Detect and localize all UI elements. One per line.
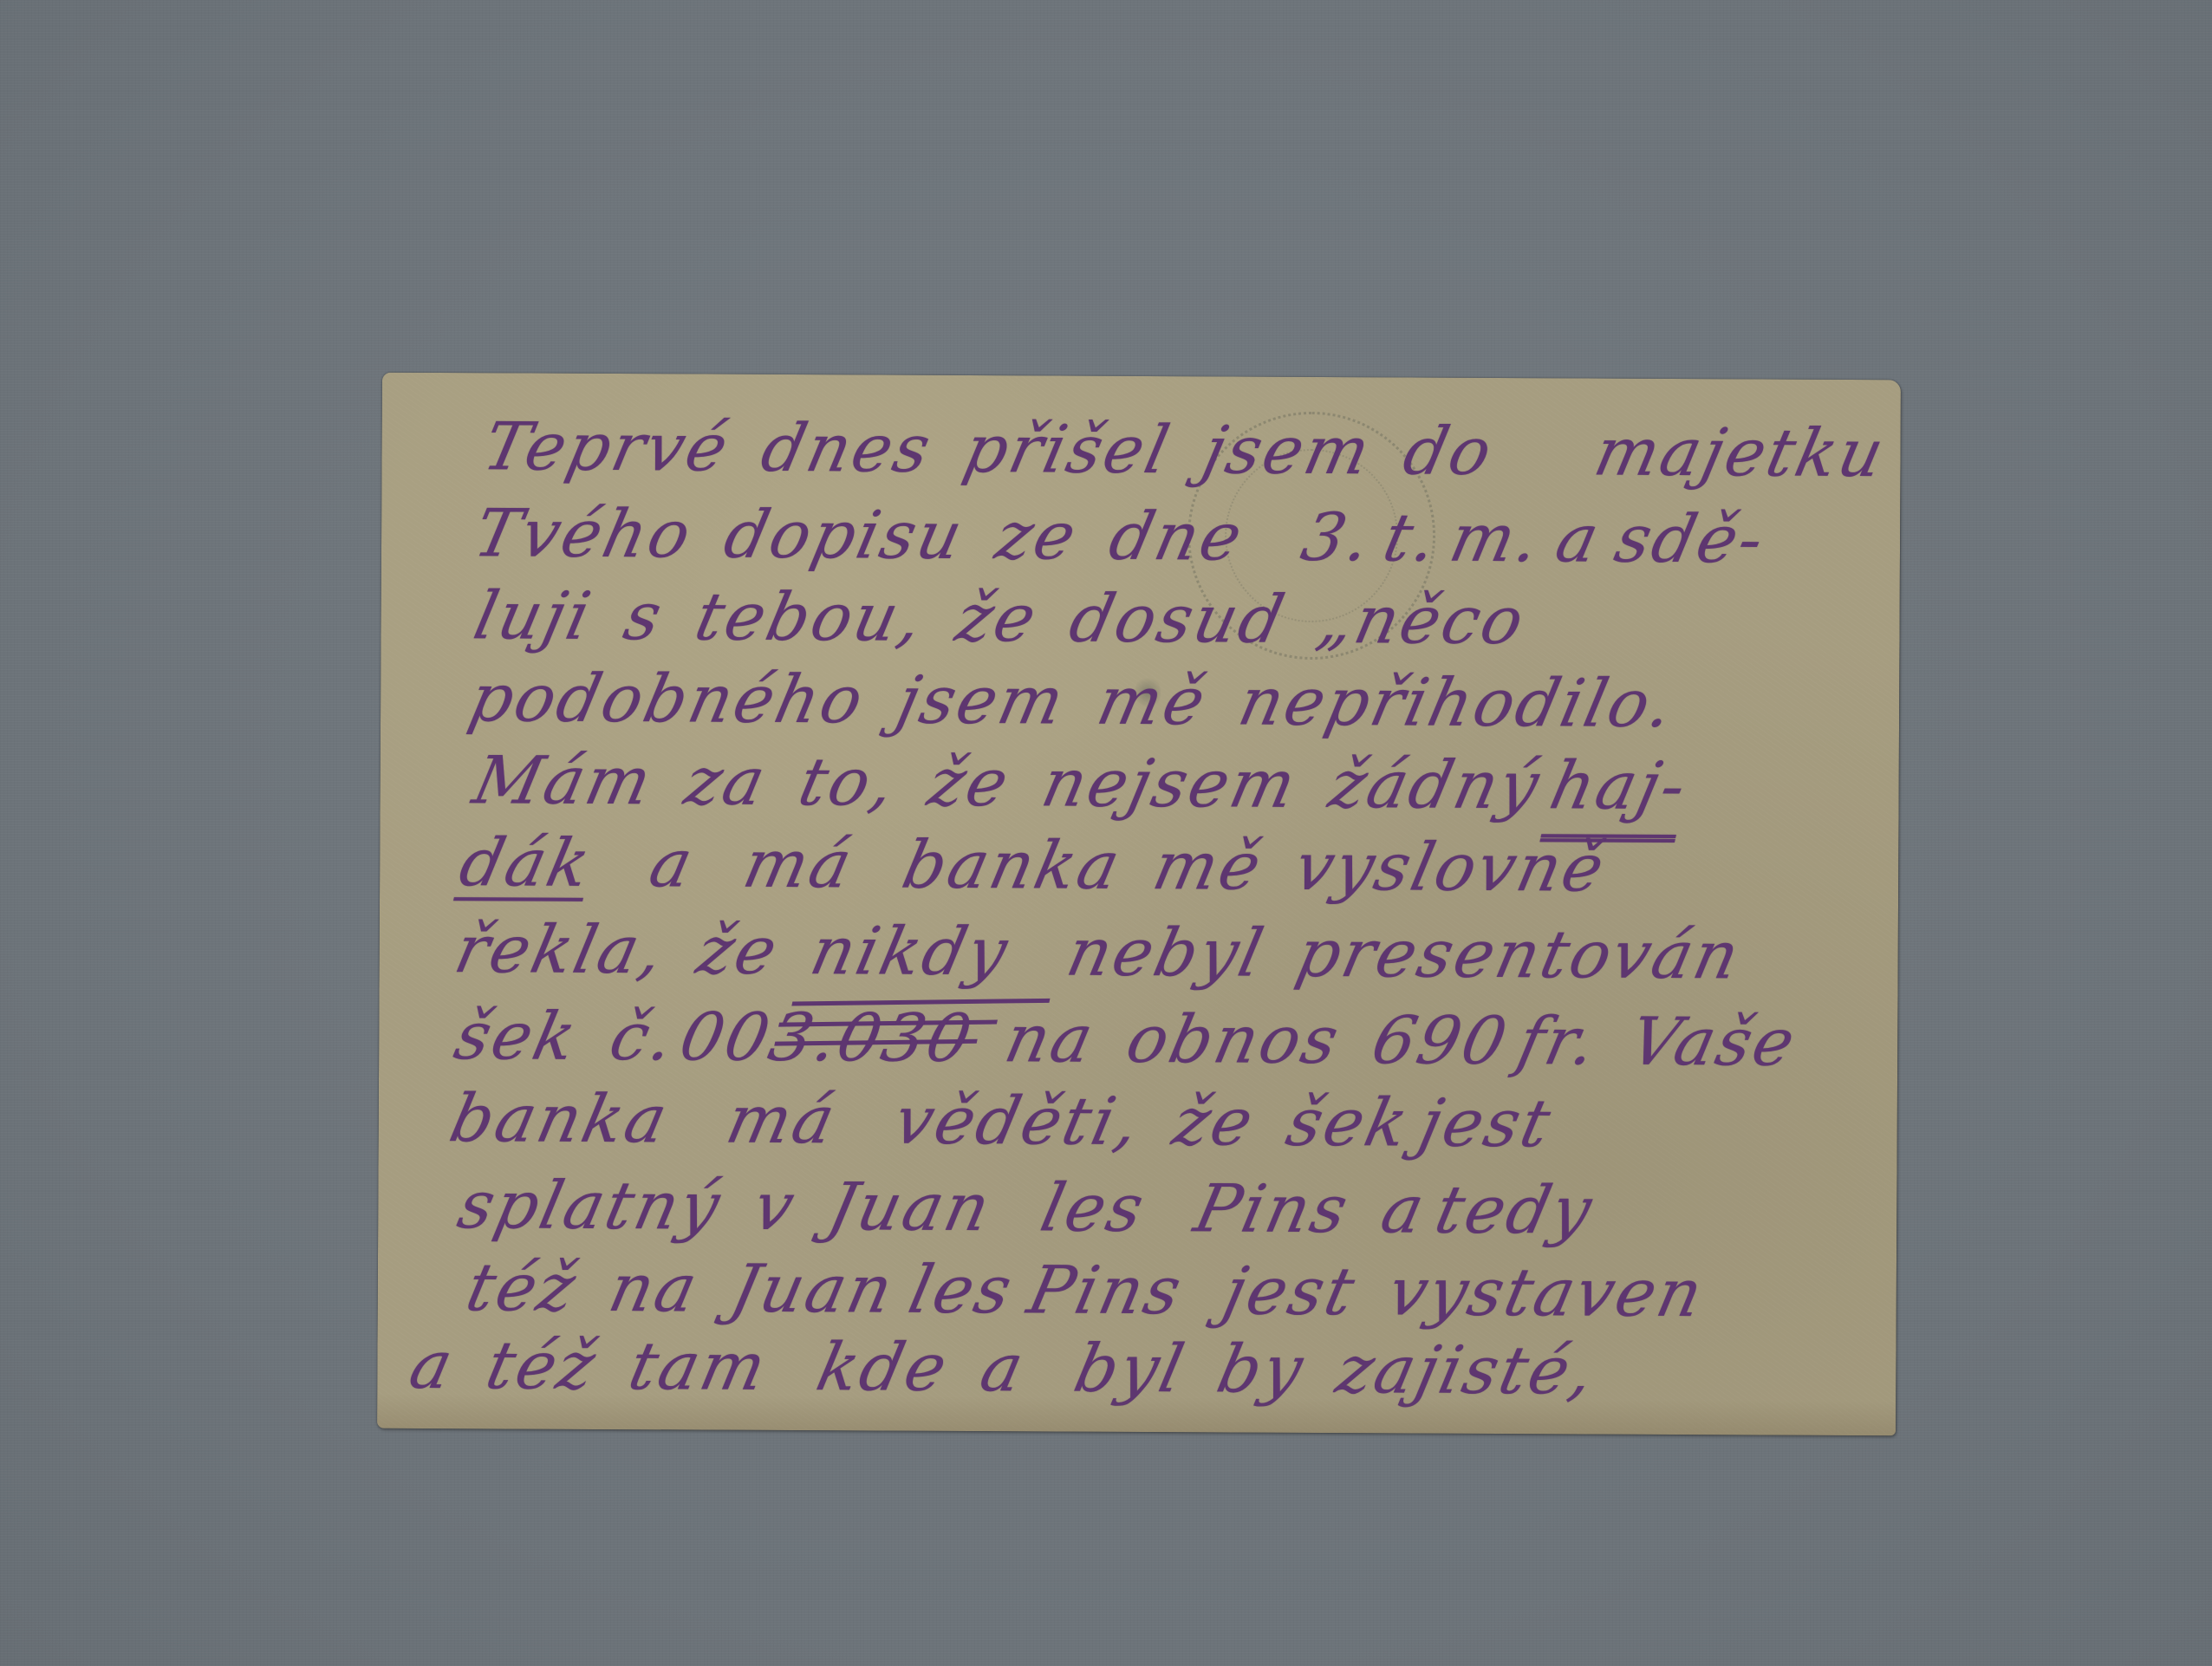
word: banka xyxy=(444,1079,677,1157)
mounting-board: Teprvédnespřišeljsemdomajetku Tvéhodopis… xyxy=(0,0,2212,1666)
place-name: les xyxy=(902,1251,1021,1328)
word: žádný xyxy=(1323,745,1548,823)
word: jest xyxy=(1413,1084,1559,1162)
word: Tvého xyxy=(468,494,700,572)
letter-line-8: šekč.003.030naobnos690fr.Vaše xyxy=(448,997,1838,1081)
word: dosud xyxy=(1064,580,1293,658)
place-name: les xyxy=(1034,1169,1153,1246)
word: přišel xyxy=(958,410,1179,488)
word: sdě- xyxy=(1609,500,1773,578)
word: do xyxy=(1397,413,1501,490)
cheque-number: 003.030 xyxy=(673,998,981,1077)
word: má xyxy=(720,1081,844,1159)
word: též xyxy=(460,1248,585,1326)
word: č. xyxy=(603,998,683,1075)
word: a xyxy=(1375,1170,1434,1247)
place-name: Juan xyxy=(822,1168,999,1246)
word: byl xyxy=(1068,1330,1193,1408)
word: a xyxy=(974,1329,1033,1406)
underlined-word-nikdy: nikdy xyxy=(804,912,1017,990)
word: s xyxy=(618,577,671,654)
word: obnos xyxy=(1120,1000,1347,1078)
word: 3. xyxy=(1295,498,1380,576)
place-name: Juan xyxy=(724,1250,901,1328)
amount: 690 xyxy=(1365,1001,1515,1079)
word: kde xyxy=(810,1328,956,1406)
word: t. xyxy=(1377,498,1447,576)
word: jsem xyxy=(890,661,1073,739)
word: dopisu xyxy=(718,496,972,574)
word: jest xyxy=(1217,1253,1363,1331)
word: tam xyxy=(622,1327,775,1405)
word: nebyl xyxy=(1061,914,1272,992)
word: že xyxy=(1167,1083,1262,1160)
word: za xyxy=(679,742,775,819)
word: nejsem xyxy=(1036,745,1305,823)
letter-line-11: téžnaJuanlesPinsjestvystaven xyxy=(460,1248,1747,1331)
word: věděti, xyxy=(888,1082,1148,1160)
word: a xyxy=(1550,499,1609,576)
letter-line-9: bankamávěděti,žešekjest xyxy=(444,1079,1595,1162)
underlined-word-haj: haj- xyxy=(1544,746,1695,824)
word: šek xyxy=(448,997,585,1075)
word: též xyxy=(479,1326,604,1404)
word: v xyxy=(747,1168,803,1245)
word: mě xyxy=(1091,662,1214,740)
edge-stain xyxy=(377,1394,1896,1436)
word: nepřihodilo. xyxy=(1233,663,1682,742)
letter-line-5: Mámzato,ženejsemžádnýhaj- xyxy=(466,741,1729,824)
place-name: Pins xyxy=(1021,1251,1190,1329)
word: že xyxy=(921,744,1017,821)
word: vyslovně xyxy=(1288,828,1613,907)
word: majetku xyxy=(1588,413,1893,492)
word: dnes xyxy=(755,409,940,487)
word: má xyxy=(737,825,861,903)
word: šek xyxy=(1280,1084,1417,1162)
word: a xyxy=(403,1326,462,1403)
word: banka xyxy=(896,826,1129,904)
letter-line-2: Tvéhodopisuzedne3.t.m.asdě- xyxy=(468,494,1808,577)
word: Teprvé xyxy=(477,407,737,485)
word: na xyxy=(602,1249,706,1326)
word: vystaven xyxy=(1382,1253,1712,1331)
word: zajisté, xyxy=(1330,1331,1603,1409)
word: podobného xyxy=(463,659,872,738)
word: jsem xyxy=(1196,411,1379,489)
word: by xyxy=(1211,1331,1312,1408)
underlined-word-dak: dák xyxy=(453,823,599,901)
word: tebou, xyxy=(689,578,932,656)
letter-line-3: lujistebou,žedosud„něco xyxy=(467,576,1567,659)
letter-line-4: podobnéhojsemměnepřihodilo. xyxy=(463,659,1717,742)
word: dne xyxy=(1103,498,1252,576)
word: na xyxy=(999,999,1103,1077)
word: že xyxy=(691,912,786,989)
letter-line-1: Teprvédnespřišeljsemdomajetku xyxy=(477,407,1901,491)
word: že xyxy=(950,579,1045,656)
word: to, xyxy=(792,743,904,820)
word: „něco xyxy=(1311,581,1533,659)
currency: fr. xyxy=(1512,1002,1606,1079)
word: mě xyxy=(1147,827,1270,905)
word: luji xyxy=(467,576,599,654)
word: presentován xyxy=(1290,914,1748,993)
word: a xyxy=(643,824,702,901)
letter-line-6: dákamábankaměvyslovně xyxy=(453,823,1648,907)
word: Mám xyxy=(466,741,660,819)
place-name: Pins xyxy=(1188,1169,1357,1247)
letter-line-10: splatnývJuanlesPinsatedy xyxy=(452,1166,1636,1248)
handwritten-letter: Teprvédnespřišeljsemdomajetku Tvéhodopis… xyxy=(377,373,1901,1436)
word: Vaše xyxy=(1623,1003,1805,1081)
word: splatný xyxy=(452,1166,729,1244)
postcard: Teprvédnespřišeljsemdomajetku Tvéhodopis… xyxy=(377,373,1901,1436)
word: m. xyxy=(1443,499,1549,576)
word: řekla, xyxy=(449,910,673,988)
word: ze xyxy=(989,497,1084,574)
word: tedy xyxy=(1428,1171,1600,1249)
letter-line-7: řekla,ženikdynebylpresentován xyxy=(449,910,1784,993)
